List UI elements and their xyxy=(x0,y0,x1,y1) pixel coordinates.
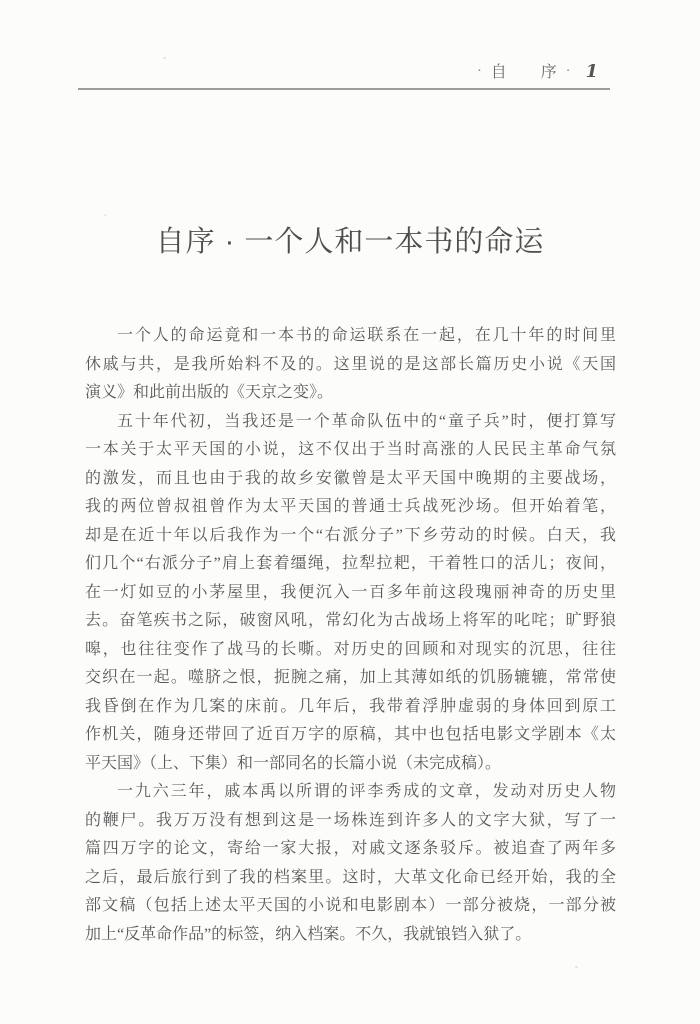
paragraph: 五十年代初，当我还是一个革命队伍中的“童子兵”时，便打算写一本关于太平天国的小说… xyxy=(85,408,616,779)
header-dot-right: · xyxy=(566,64,571,80)
text-line: 五十年代初，当我还是一个革命队伍中的“童子兵”时，便打算写 xyxy=(85,408,616,437)
book-page: ·自序·1 自序 · 一个人和一本书的命运 一个人的命运竟和一本书的命运联系在一… xyxy=(0,0,700,1024)
header-dot-left: · xyxy=(477,64,482,80)
paragraph: 一个人的命运竟和一本书的命运联系在一起，在几十年的时间里休戚与共，是我所始料不及… xyxy=(85,322,616,408)
page-number: 1 xyxy=(585,61,598,82)
text-line: 我昏倒在作为几案的床前。几年后，我带着浮肿虚弱的身体回到原工 xyxy=(85,693,616,722)
text-line: 在一灯如豆的小茅屋里，我便沉入一百多年前这段瑰丽神奇的历史里 xyxy=(85,579,616,608)
scan-speck xyxy=(575,966,578,968)
preface-body: 一个人的命运竟和一本书的命运联系在一起，在几十年的时间里休戚与共，是我所始料不及… xyxy=(85,322,616,949)
text-line: 一个人的命运竟和一本书的命运联系在一起，在几十年的时间里 xyxy=(85,322,616,351)
text-line: 却是在近十年以后我作为一个“右派分子”下乡劳动的时候。白天，我 xyxy=(85,522,616,551)
text-line: 去。奋笔疾书之际，破窗风吼，常幻化为古战场上将军的叱咤；旷野狼 xyxy=(85,607,616,636)
text-line: 休戚与共，是我所始料不及的。这里说的是这部长篇历史小说《天国 xyxy=(85,351,616,380)
paragraph: 一九六三年，戚本禹以所谓的评李秀成的文章，发动对历史人物的鞭尸。我万万没有想到这… xyxy=(85,778,616,949)
text-line: 一九六三年，戚本禹以所谓的评李秀成的文章，发动对历史人物 xyxy=(85,778,616,807)
text-line: 的激发，而且也由于我的故乡安徽曾是太平天国中晚期的主要战场， xyxy=(85,465,616,494)
header-section-char-2: 序 xyxy=(541,59,557,82)
text-line: 嗥，也往往变作了战马的长嘶。对历史的回顾和对现实的沉思，往往 xyxy=(85,636,616,665)
header-section-char-1: 自 xyxy=(491,59,507,82)
scan-speck xyxy=(104,214,106,216)
text-line: 作机关，随身还带回了近百万字的原稿，其中也包括电影文学剧本《太 xyxy=(85,721,616,750)
text-line: 的鞭尸。我万万没有想到这是一场株连到许多人的文字大狱，写了一 xyxy=(85,807,616,836)
page-header: ·自序·1 xyxy=(78,59,598,82)
header-rule xyxy=(78,88,610,90)
text-line: 我的两位曾叔祖曾作为太平天国的普通士兵战死沙场。但开始着笔， xyxy=(85,493,616,522)
text-line: 演义》和此前出版的《天京之变》。 xyxy=(85,379,616,408)
scan-speck xyxy=(163,57,166,59)
text-line: 一本关于太平天国的小说，这不仅出于当时高涨的人民民主革命气氛 xyxy=(85,436,616,465)
text-line: 交织在一起。噬脐之恨，扼腕之痛，加上其薄如纸的饥肠辘辘，常常使 xyxy=(85,664,616,693)
text-line: 篇四万字的论文，寄给一家大报，对戚文逐条驳斥。被追查了两年多 xyxy=(85,835,616,864)
text-line: 平天国》（上、下集）和一部同名的长篇小说（未完成稿）。 xyxy=(85,750,616,779)
text-line: 加上“反革命作品”的标签，纳入档案。不久，我就锒铛入狱了。 xyxy=(85,921,616,950)
text-line: 部文稿（包括上述太平天国的小说和电影剧本）一部分被烧，一部分被 xyxy=(85,892,616,921)
chapter-title: 自序 · 一个人和一本书的命运 xyxy=(0,219,700,260)
text-line: 们几个“右派分子”肩上套着缰绳，拉犁拉耙，干着牲口的活儿；夜间， xyxy=(85,550,616,579)
text-line: 之后，最后旅行到了我的档案里。这时，大革文化命已经开始，我的全 xyxy=(85,864,616,893)
